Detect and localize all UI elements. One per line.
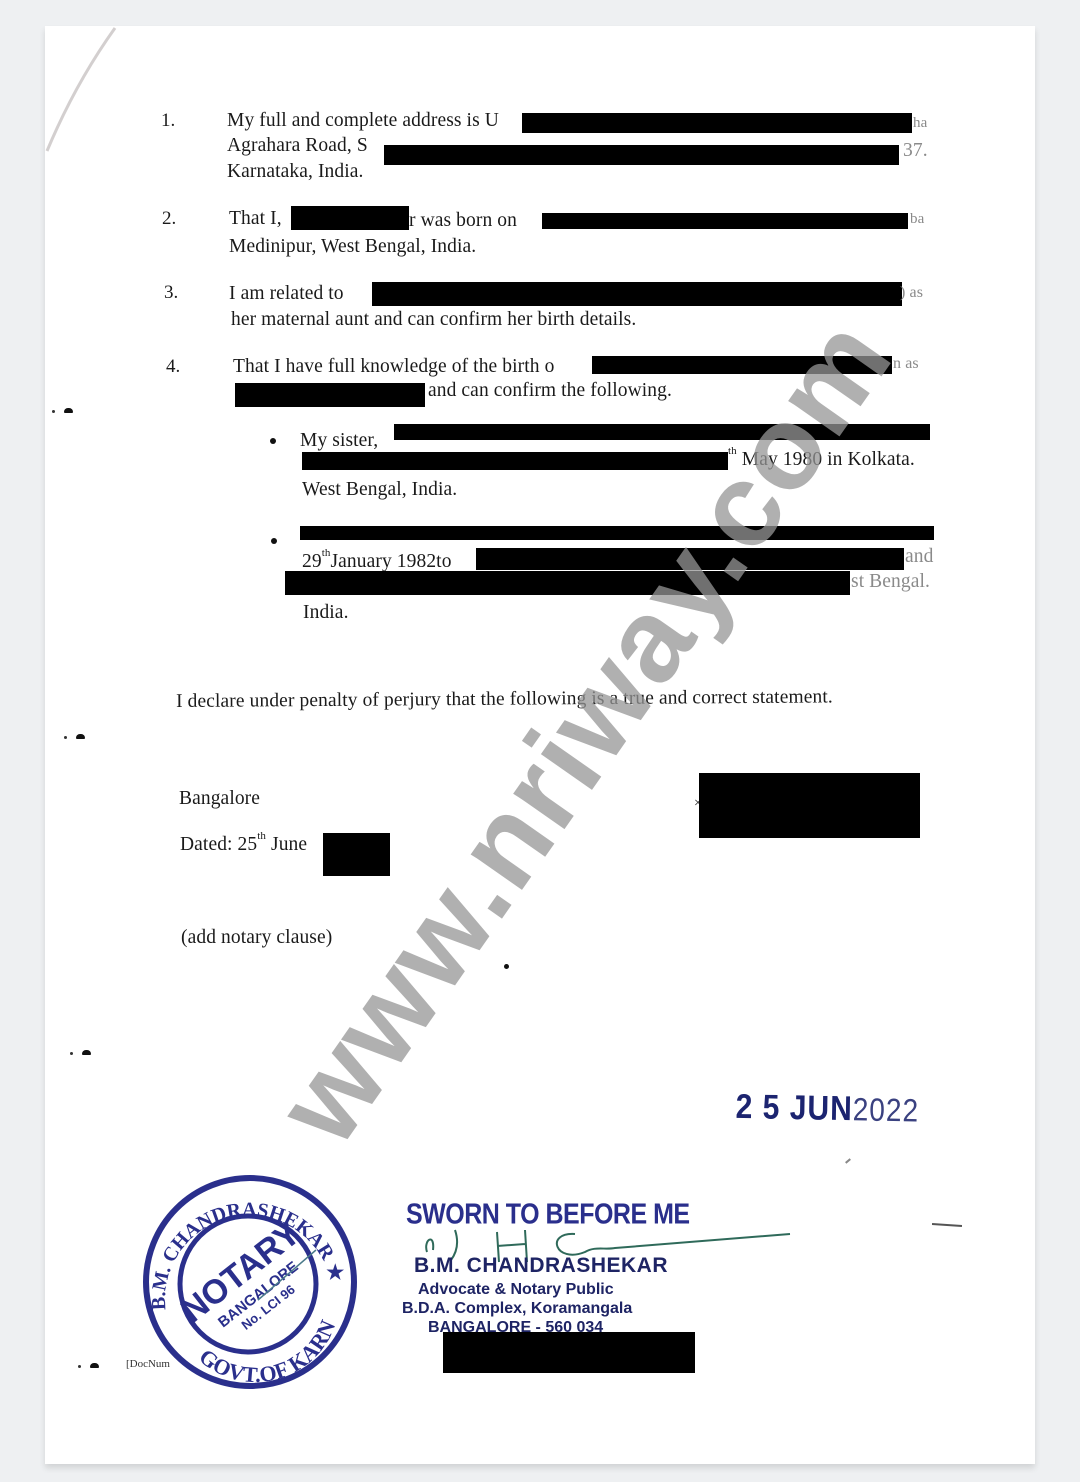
item-number: 2. (162, 208, 176, 230)
date-stamp: 2 5 JUN2022 (735, 1088, 919, 1131)
item-3-line-2: her maternal aunt and can confirm her bi… (231, 309, 636, 331)
stray-dot (504, 964, 509, 969)
item-1-line-1-tail: ha (913, 115, 927, 132)
bullet-1-line-2-text: May 1980 in Kolkata. (742, 449, 915, 470)
margin-mark (90, 1363, 99, 1368)
item-4-line-2: and can confirm the following. (428, 380, 672, 402)
item-number: 4. (166, 356, 180, 378)
bullet-icon (270, 438, 276, 444)
redaction-box (291, 206, 409, 230)
item-2-line-2: Medinipur, West Bengal, India. (229, 236, 476, 258)
margin-mark (82, 1050, 91, 1055)
redaction-box (476, 548, 904, 570)
notary-name: B.M. CHANDRASHEKAR (414, 1254, 668, 1278)
bullet-1-line-3: West Bengal, India. (302, 479, 457, 501)
item-1-line-3: Karnataka, India. (227, 161, 364, 183)
date-stamp-year: 2022 (853, 1091, 920, 1128)
bullet-2-line-2: 29thJanuary 1982to (302, 551, 452, 573)
bullet-icon (271, 538, 277, 544)
bullet-1-line-2: th May 1980 in Kolkata. (728, 449, 915, 471)
month-year: January 1982to (330, 551, 451, 572)
margin-dot (64, 736, 67, 739)
item-4-line-1: That I have full knowledge of the birth … (233, 356, 554, 378)
bullet-1-line-1: My sister, (300, 430, 378, 452)
item-2-line-1-mid: r was born on (409, 210, 517, 232)
item-1-line-1: My full and complete address is U (227, 110, 499, 132)
dated-text: Dated: 25th June (180, 834, 307, 856)
date-stamp-month: JUN (789, 1089, 853, 1128)
declaration-text: I declare under penalty of perjury that … (176, 686, 833, 713)
redaction-box (300, 526, 934, 540)
redaction-box-signature (699, 773, 920, 838)
item-3-line-1: I am related to (229, 283, 344, 305)
item-3-line-1-tail: ) as (900, 284, 923, 302)
redaction-box (542, 213, 908, 229)
notary-address-1: B.D.A. Complex, Koramangala (402, 1300, 632, 1318)
notary-seal-icon: B.M. CHANDRASHEKAR ★ GOVT.OF KARNATAKA N… (138, 1172, 358, 1394)
bullet-2-line-3-tail: st Bengal. (851, 571, 930, 593)
item-4-line-1-tail: n as (893, 355, 919, 373)
margin-dot (78, 1365, 81, 1368)
redaction-box (302, 452, 728, 470)
place-text: Bangalore (179, 788, 260, 810)
notary-title: Advocate & Notary Public (418, 1281, 614, 1299)
redaction-box (522, 113, 912, 133)
item-1-line-2-tail: 37. (903, 140, 928, 162)
item-number: 3. (164, 282, 178, 304)
item-2-line-1: That I, (229, 208, 282, 230)
item-1-line-2: Agrahara Road, S (227, 135, 368, 157)
redaction-box (592, 356, 892, 374)
redaction-box-notary (443, 1332, 695, 1373)
superscript: th (257, 830, 266, 842)
superscript: th (322, 547, 331, 559)
date-stamp-day: 2 5 (735, 1088, 780, 1127)
item-2-line-1-tail: ba (910, 211, 924, 228)
redaction-box (384, 145, 899, 165)
day: 29 (302, 551, 322, 572)
docnum-label: [DocNum (126, 1358, 170, 1370)
dated-prefix: Dated: 25 (180, 834, 257, 855)
margin-dot (70, 1052, 73, 1055)
bullet-2-line-4: India. (303, 602, 349, 624)
redaction-box (235, 383, 425, 407)
notary-clause-text: (add notary clause) (181, 927, 332, 949)
redaction-box (285, 571, 850, 595)
item-number: 1. (161, 110, 175, 132)
superscript: th (728, 445, 737, 457)
bullet-2-line-2-tail: and (905, 546, 933, 568)
margin-mark (64, 408, 73, 413)
redaction-box-year (323, 833, 390, 876)
margin-mark (76, 734, 85, 739)
redaction-box (372, 282, 902, 306)
redaction-box (394, 424, 930, 440)
margin-dot (52, 410, 55, 413)
dated-month: June (271, 834, 307, 855)
